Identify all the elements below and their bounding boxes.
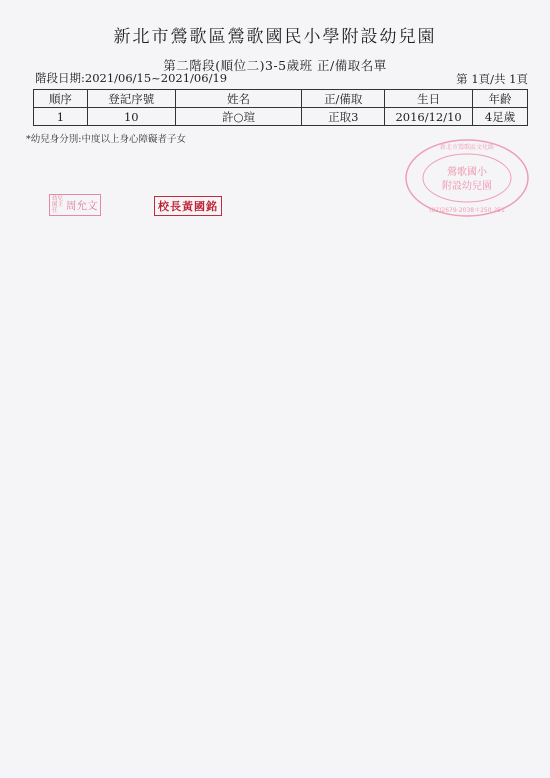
director-name: 周允文 (66, 198, 98, 213)
header-name: 姓名 (175, 90, 302, 108)
document-title: 新北市鶯歌區鶯歌國民小學附設幼兒園 (0, 22, 550, 47)
cell-name: 許○瑄 (175, 108, 302, 126)
director-stamp: 幼兒園主任 周允文 (49, 194, 101, 216)
header-status: 正/備取 (302, 90, 385, 108)
svg-text:新北市鶯歌區文化路: 新北市鶯歌區文化路 (440, 143, 494, 151)
svg-text:(02)2679-2038＊250.251: (02)2679-2038＊250.251 (429, 207, 505, 214)
principal-stamp: 校長黃國銘 (154, 196, 222, 216)
cell-order: 1 (34, 108, 88, 126)
cell-status: 正取3 (302, 108, 385, 126)
header-order: 順序 (34, 90, 88, 108)
cell-age: 4足歲 (473, 108, 528, 126)
header-birthday: 生日 (385, 90, 473, 108)
svg-text:附設幼兒園: 附設幼兒園 (442, 179, 492, 192)
school-seal-icon: 鶯歌國小 附設幼兒園 新北市鶯歌區文化路 (02)2679-2038＊250.2… (404, 138, 530, 218)
page-number: 第 1頁/共 1頁 (456, 71, 528, 87)
header-age: 年齡 (473, 90, 528, 108)
document-page: 新北市鶯歌區鶯歌國民小學附設幼兒園 第二階段(順位二)3-5歲班 正/備取名單 … (0, 0, 550, 778)
cell-registration-no: 10 (87, 108, 175, 126)
header-registration-no: 登記序號 (87, 90, 175, 108)
admission-table: 順序 登記序號 姓名 正/備取 生日 年齡 1 10 許○瑄 正取3 2016/… (33, 89, 528, 126)
director-title: 幼兒園主任 (52, 196, 66, 214)
cell-birthday: 2016/12/10 (385, 108, 473, 126)
stage-period: 階段日期:2021/06/15~2021/06/19 (35, 70, 227, 86)
table-row: 1 10 許○瑄 正取3 2016/12/10 4足歲 (34, 108, 528, 126)
footnote: *幼兒身分別:中度以上身心障礙者子女 (26, 131, 186, 145)
svg-text:鶯歌國小: 鶯歌國小 (447, 165, 488, 178)
table-header-row: 順序 登記序號 姓名 正/備取 生日 年齡 (34, 90, 528, 108)
